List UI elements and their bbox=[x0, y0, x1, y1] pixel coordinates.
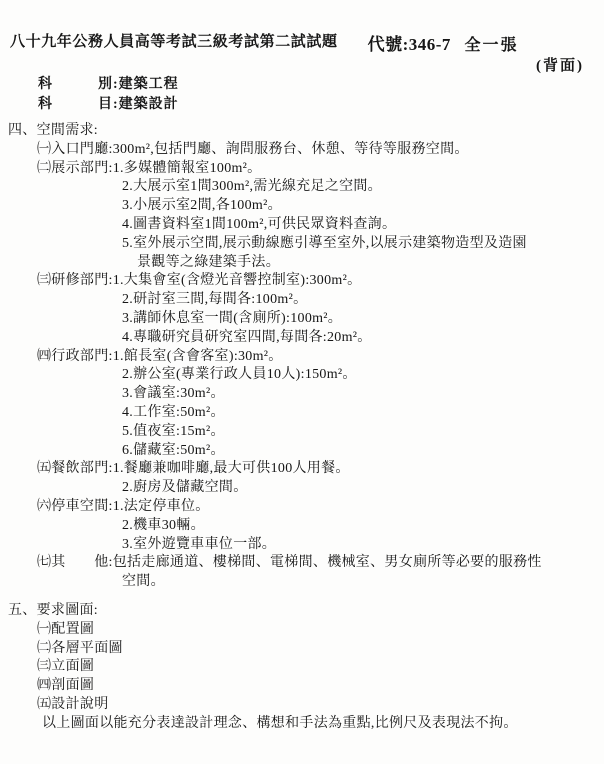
doc-line: 4.圖書資料室1間100m²,可供民眾資料查詢。 bbox=[0, 216, 604, 235]
doc-line: 2.廚房及儲藏空間。 bbox=[0, 479, 604, 498]
doc-line: ㈥停車空間:1.法定停車位。 bbox=[0, 498, 604, 517]
doc-line: 2.大展示室1間300m²,需光線充足之空間。 bbox=[0, 178, 604, 197]
doc-line: 以上圖面以能充分表達設計理念、構想和手法為重點,比例尺及表現法不拘。 bbox=[0, 715, 604, 734]
doc-line: 2.研討室三間,每間各:100m²。 bbox=[0, 291, 604, 310]
doc-line: ㈠入口門廳:300m²,包括門廳、詢問服務台、休憩、等待等服務空間。 bbox=[0, 141, 604, 160]
exam-title: 八十九年公務人員高等考試三級考試第二試試題 bbox=[10, 30, 338, 51]
sheet-count-label: 全一張 bbox=[464, 37, 518, 54]
doc-line: 6.儲藏室:50m²。 bbox=[0, 442, 604, 461]
section-heading: 五、要求圖面: bbox=[0, 602, 604, 621]
doc-line: ㈠配置圖 bbox=[0, 621, 604, 640]
subject-name-line: 科 目:建築設計 bbox=[0, 95, 604, 115]
page-side-row: (背面) bbox=[0, 54, 604, 75]
doc-line: 4.專職研究員研究室四間,每間各:20m²。 bbox=[0, 329, 604, 348]
doc-line: ㈡展示部門:1.多媒體簡報室100m²。 bbox=[0, 160, 604, 179]
doc-line: 2.辦公室(專業行政人員10人):150m²。 bbox=[0, 366, 604, 385]
doc-line: 3.小展示室2間,各100m²。 bbox=[0, 197, 604, 216]
doc-line: ㈣行政部門:1.館長室(含會客室):30m²。 bbox=[0, 348, 604, 367]
doc-line: 3.會議室:30m²。 bbox=[0, 385, 604, 404]
doc-line: 3.室外遊覽車車位一部。 bbox=[0, 536, 604, 555]
document-body: 四、空間需求:㈠入口門廳:300m²,包括門廳、詢問服務台、休憩、等待等服務空間… bbox=[0, 122, 604, 734]
doc-line: 5.室外展示空間,展示動線應引導至室外,以展示建築物造型及造園 bbox=[0, 235, 604, 254]
exam-question-sheet: 八十九年公務人員高等考試三級考試第二試試題 代號:346-7 全一張 (背面) … bbox=[0, 0, 604, 764]
doc-line: 3.講師休息室一間(含廁所):100m²。 bbox=[0, 310, 604, 329]
exam-code-group: 代號:346-7 全一張 bbox=[368, 30, 519, 55]
subject-category-line: 科 別:建築工程 bbox=[0, 75, 604, 95]
doc-line: ㈣剖面圖 bbox=[0, 677, 604, 696]
doc-line: ㈢研修部門:1.大集會室(含燈光音響控制室):300m²。 bbox=[0, 272, 604, 291]
header-title-row: 八十九年公務人員高等考試三級考試第二試試題 代號:346-7 全一張 bbox=[0, 30, 604, 55]
doc-line: ㈡各層平面圖 bbox=[0, 640, 604, 659]
doc-line: 空間。 bbox=[0, 573, 604, 592]
doc-line: 景觀等之綠建築手法。 bbox=[0, 254, 604, 273]
doc-line: 4.工作室:50m²。 bbox=[0, 404, 604, 423]
doc-line: ㈤設計說明 bbox=[0, 696, 604, 715]
doc-line: 5.值夜室:15m²。 bbox=[0, 423, 604, 442]
doc-line: ㈦其 他:包括走廊通道、樓梯間、電梯間、機械室、男女廁所等必要的服務性 bbox=[0, 554, 604, 573]
exam-code: 代號:346-7 bbox=[368, 35, 451, 54]
back-side-label: (背面) bbox=[536, 58, 584, 74]
section-heading: 四、空間需求: bbox=[0, 122, 604, 141]
doc-line: ㈢立面圖 bbox=[0, 658, 604, 677]
doc-line: 2.機車30輛。 bbox=[0, 517, 604, 536]
doc-line: ㈤餐飲部門:1.餐廳兼咖啡廳,最大可供100人用餐。 bbox=[0, 460, 604, 479]
